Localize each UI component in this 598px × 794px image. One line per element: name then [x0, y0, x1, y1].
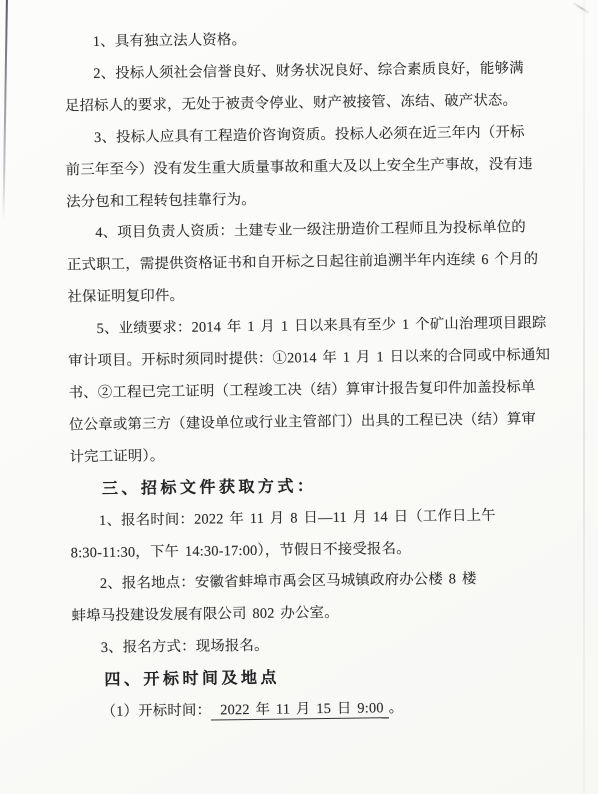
registration-time: 1、报名时间：2022 年 11 月 8 日—11 月 14 日（工作日上午 8…: [70, 500, 555, 570]
clause-reputation: 2、投标人须社会信誉良好、财务状况良好、综合素质良好，能够满 足招标人的要求，无…: [64, 53, 549, 123]
paper-edge-artifact: [2, 0, 8, 229]
bid-opening-time-period: 。: [389, 700, 404, 716]
clause-performance: 5、业绩要求：2014 年 1 月 1 日以来具有至少 1 个矿山治理项目跟踪 …: [68, 308, 554, 474]
registration-place: 2、报名地点：安徽省蚌埠市禹会区马城镇政府办公楼 8 楼 蚌埠马投建设发展有限公…: [71, 563, 556, 633]
clause-project-leader: 4、项目负责人资质：土建专业一级注册造价工程师且为投标单位的 正式职工，需提供资…: [66, 212, 551, 314]
scanned-document-page: 1、具有独立法人资格。 2、投标人须社会信誉良好、财务状况良好、综合素质良好，能…: [0, 0, 598, 794]
bid-opening-time-line: （1）开标时间：2022 年 11 月 15 日 9:00。: [73, 691, 557, 729]
document-body: 1、具有独立法人资格。 2、投标人须社会信誉良好、财务状况良好、综合素质良好，能…: [64, 21, 557, 729]
scan-streak-artifact: [583, 0, 585, 794]
bid-opening-time-label: （1）开标时间：: [102, 703, 212, 720]
clause-qualification: 3、投标人应具有工程造价咨询资质。投标人必须在近三年内（开标 前三年至今）没有发…: [65, 117, 550, 219]
bid-opening-time-value: 2022 年 11 月 15 日 9:00: [211, 700, 389, 720]
corner-smudge-artifact: [572, 1, 590, 13]
